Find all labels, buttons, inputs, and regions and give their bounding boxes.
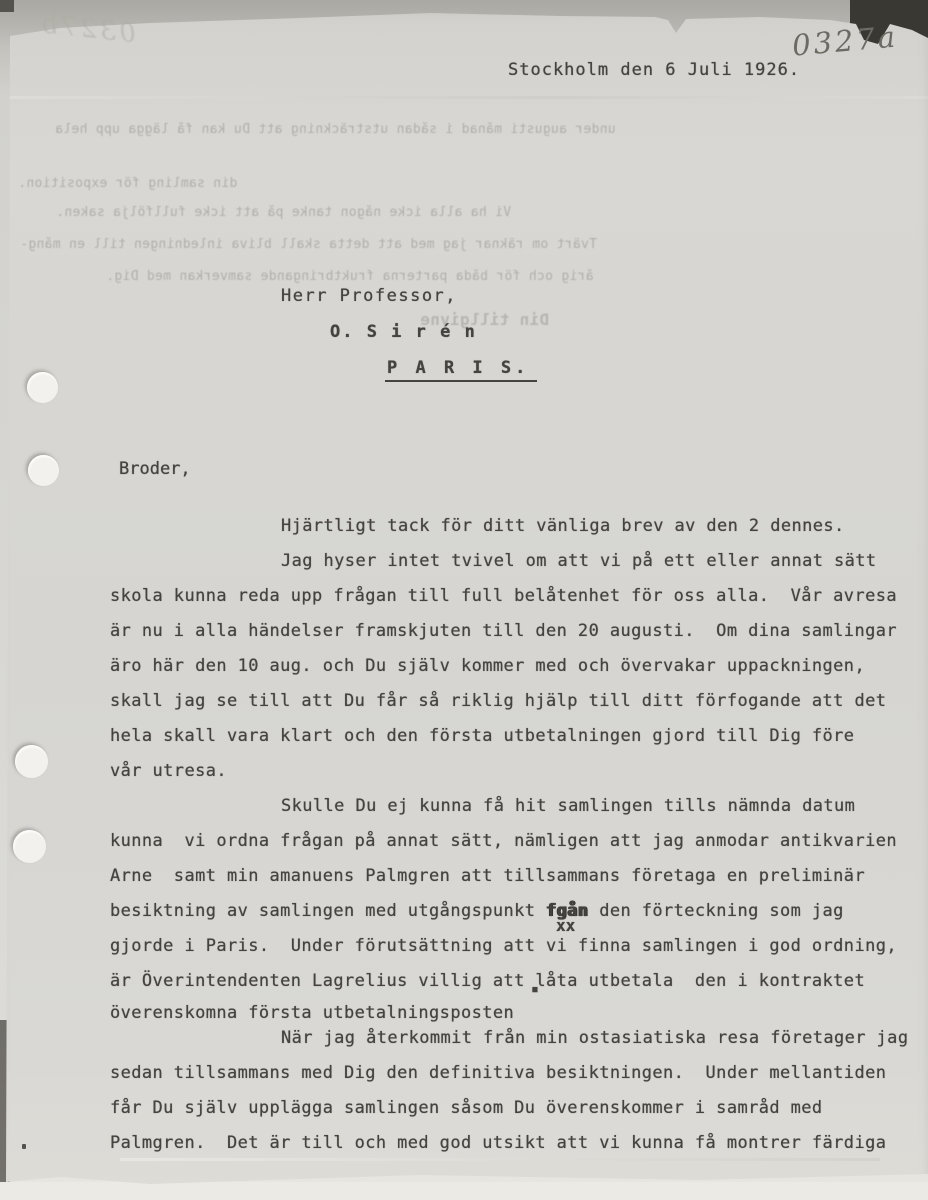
typed-correction-xx: xx [556,916,575,935]
body-line: vår utresa. [110,754,910,789]
scanner-edge-bottom [0,1182,928,1200]
body-line-segment: den förteckning som jag [589,901,844,921]
verso-bleedthrough-line: årig och för båda parterna fruktbringand… [106,269,594,284]
scanned-letter-page: 0327a 0327b under augusti månad i sådan … [0,0,928,1200]
recipient-title: Herr Professor, [281,286,457,306]
body-line-segment: besiktning av samlingen med utgångspunkt [110,901,546,921]
body-line: Jag hyser intet tvivel om att vi på ett … [110,544,910,579]
body-line: är Överintendenten Lagrelius villig att … [110,964,910,999]
body-line: får Du själv upplägga samlingen såsom Du… [110,1091,910,1126]
body-line: Skulle Du ej kunna få hit samlingen till… [110,789,910,824]
verso-bleedthrough-line: under augusti månad i sådan utsträckning… [55,122,616,137]
scanner-edge-top-left [0,0,14,12]
ink-speck [22,1144,26,1149]
paper-crease [0,96,928,99]
salutation: Broder, [119,459,191,479]
body-line: hela skall vara klart och den första utb… [110,719,910,754]
body-line: skola kunna reda upp frågan till full be… [110,579,910,614]
punch-hole [15,745,48,778]
body-line: Arne samt min amanuens Palmgren att till… [110,859,910,894]
punch-hole [13,830,46,863]
verso-bleedthrough-line: Vi ha alla icke någon tanke på att icke … [56,205,511,220]
body-line: Hjärtligt tack för ditt vänliga brev av … [110,509,910,544]
verso-bleedthrough-line: Tvärt om räknar jag med att detta skall … [20,237,597,252]
body-line: gjorde i Paris. Under förutsättning att … [110,929,910,964]
body-line: sedan tillsammans med Dig den definitiva… [110,1056,910,1091]
body-line-with-overstrike: besiktning av samlingen med utgångspunkt… [110,894,910,929]
dateline: Stockholm den 6 Juli 1926. [508,60,800,80]
body-line: Palmgren. Det är till och med god utsikt… [110,1126,910,1161]
punch-hole [27,372,58,403]
verso-bleedthrough-line: din samling för exposition. [18,176,237,191]
typed-correction-dot: ▪ [531,982,539,997]
recipient-city: P A R I S. [385,358,537,382]
punch-hole [28,455,59,486]
body-line: skall jag se till att Du får så riklig h… [110,684,910,719]
body-line: kunna vi ordna frågan på annat sätt, näm… [110,824,910,859]
body-line: äro här den 10 aug. och Du själv kommer … [110,649,910,684]
letter-body: Hjärtligt tack för ditt vänliga brev av … [110,509,910,1161]
body-line: är nu i alla händelser framskjuten till … [110,614,910,649]
recipient-name: O. S i r é n [330,322,477,342]
